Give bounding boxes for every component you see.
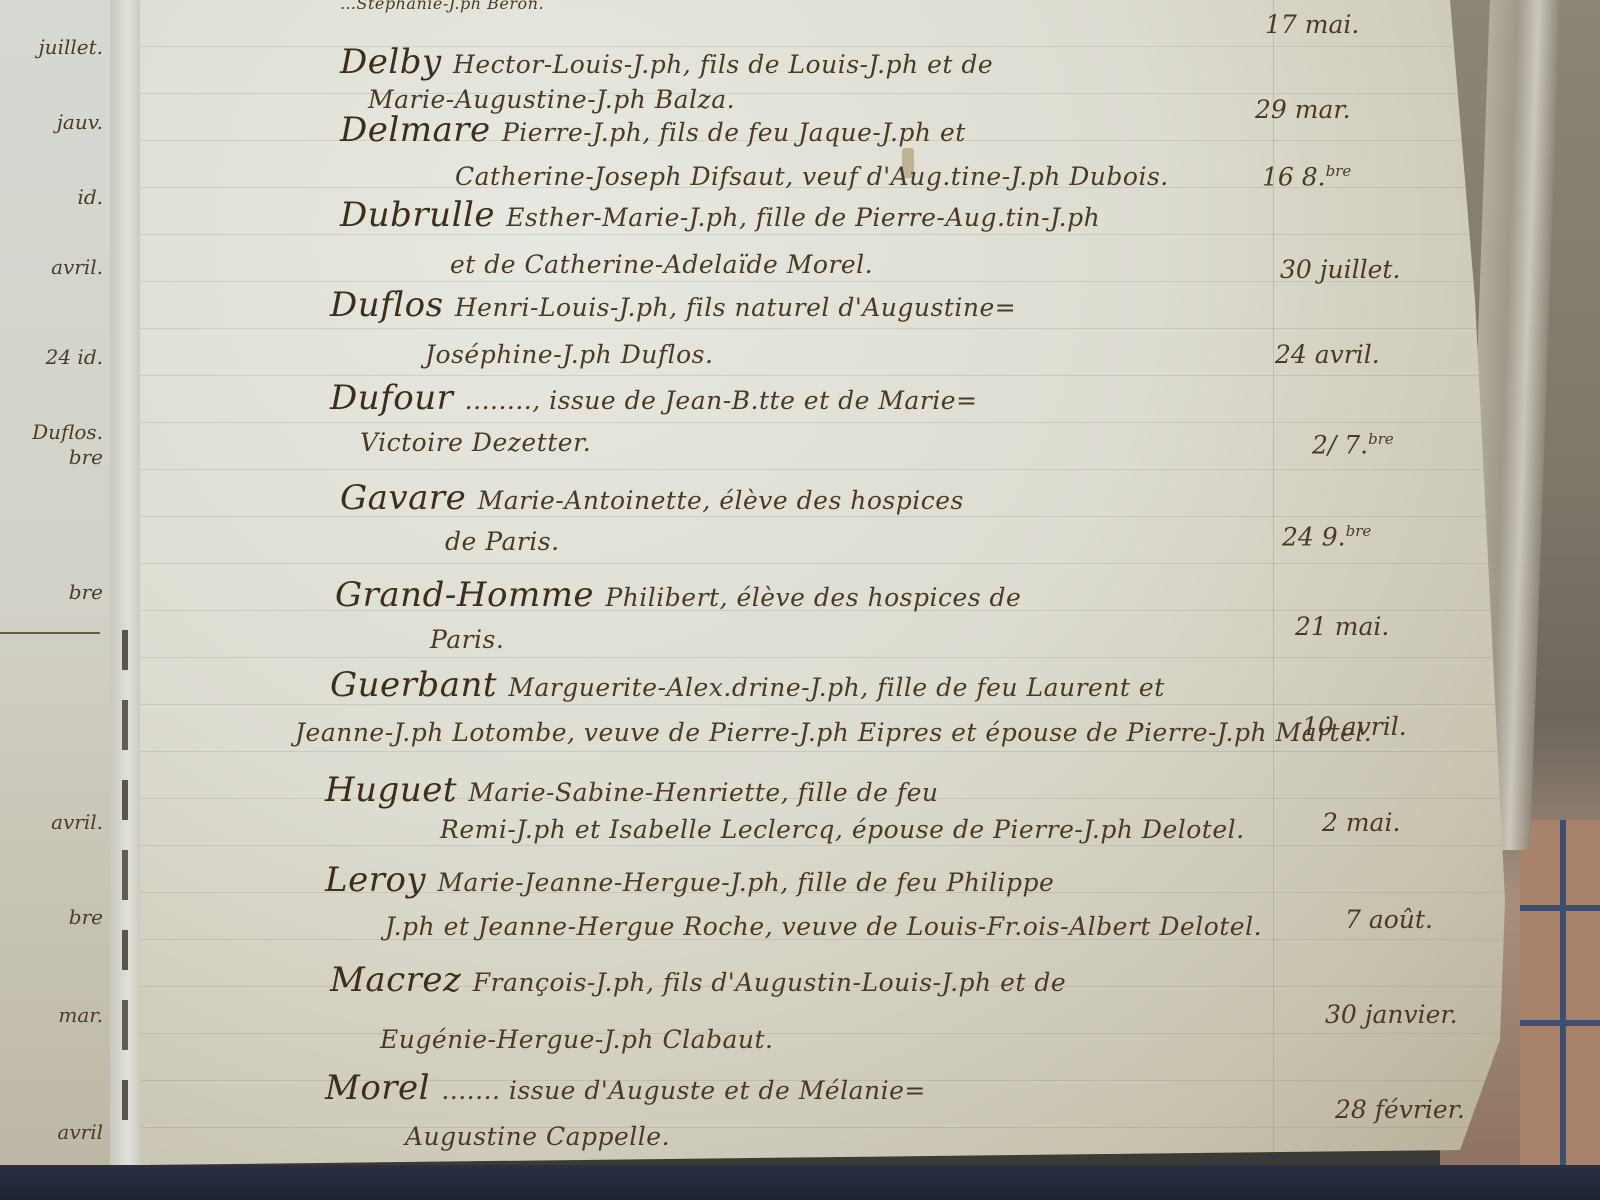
entry-date: 16 8.bre bbox=[1262, 162, 1351, 191]
entry-parent-line: Jeanne-J.ph Lotombe, veuve de Pierre-J.p… bbox=[295, 718, 1372, 747]
entry-parent-line: Joséphine-J.ph Duflos. bbox=[425, 340, 713, 369]
entry-date: 24 avril. bbox=[1275, 340, 1380, 369]
entry-date: 2 mai. bbox=[1322, 808, 1400, 837]
floor-tiles bbox=[1520, 820, 1600, 1200]
entry-name-line: Guerbant Marguerite-Alex.drine-J.ph, fil… bbox=[330, 665, 1165, 705]
entry-name-line: Macrez François-J.ph, fils d'Augustin-Lo… bbox=[330, 960, 1066, 1000]
entry-date: 2/ 7.bre bbox=[1312, 430, 1394, 459]
entry-name-line: Duflos Henri-Louis-J.ph, fils naturel d'… bbox=[330, 285, 1016, 325]
entry-parent-line: Augustine Cappelle. bbox=[405, 1122, 670, 1151]
entry-given-names: ....... issue d'Auguste et de Mélanie= bbox=[441, 1076, 926, 1105]
entry-name-line: Grand-Homme Philibert, élève des hospice… bbox=[335, 575, 1021, 615]
entry-name-line: …Stephanie-J.ph Beron. bbox=[340, 0, 544, 13]
entry-given-names: Henri-Louis-J.ph, fils naturel d'Augusti… bbox=[455, 293, 1016, 322]
left-margin-date: id. bbox=[0, 185, 115, 209]
left-margin-date: juillet. bbox=[0, 35, 115, 59]
entry-date: 10 avril. bbox=[1302, 712, 1407, 741]
left-margin-date: avril. bbox=[0, 255, 115, 279]
entry-date: 30 juillet. bbox=[1280, 255, 1400, 284]
left-page: juillet. jauv. id. avril. 24 id. Duflos.… bbox=[0, 0, 127, 1170]
left-margin-date: jauv. bbox=[0, 110, 115, 134]
entry-parent-line: Eugénie-Hergue-J.ph Clabaut. bbox=[380, 1025, 774, 1054]
left-margin-date: 24 id. bbox=[0, 345, 115, 369]
entry-parent-line: J.ph et Jeanne-Hergue Roche, veuve de Lo… bbox=[385, 912, 1262, 941]
entry-parent-line: Paris. bbox=[430, 625, 504, 654]
entry-date: 21 mai. bbox=[1295, 612, 1389, 641]
entry-surname: Delmare bbox=[340, 110, 502, 150]
entry-name-line: Delby Hector-Louis-J.ph, fils de Louis-J… bbox=[340, 42, 993, 82]
entry-surname: Delby bbox=[340, 42, 453, 82]
entry-name-line: Gavare Marie-Antoinette, élève des hospi… bbox=[340, 478, 964, 518]
entry-given-names: Marie-Antoinette, élève des hospices bbox=[478, 486, 964, 515]
entry-given-names: Marguerite-Alex.drine-J.ph, fille de feu… bbox=[508, 673, 1164, 702]
left-margin-date: avril bbox=[0, 1120, 115, 1144]
entry-date: 28 février. bbox=[1335, 1095, 1465, 1124]
entry-name-line: Morel ....... issue d'Auguste et de Méla… bbox=[325, 1068, 926, 1108]
left-margin-date: Duflos. bbox=[0, 420, 115, 444]
entry-given-names: Philibert, élève des hospices de bbox=[605, 583, 1021, 612]
date-month-suffix: bre bbox=[1368, 430, 1394, 448]
entry-surname: Morel bbox=[325, 1068, 441, 1108]
left-margin-date: bre bbox=[0, 580, 115, 604]
entry-date: 7 août. bbox=[1345, 905, 1433, 934]
entry-parent-line: Remi-J.ph et Isabelle Leclercq, épouse d… bbox=[440, 815, 1245, 844]
entry-given-names: Marie-Jeanne-Hergue-J.ph, fille de feu P… bbox=[437, 868, 1054, 897]
entry-date: 17 mai. bbox=[1265, 10, 1359, 39]
entry-given-names: ........, issue de Jean-B.tte et de Mari… bbox=[465, 386, 978, 415]
entry-given-names: Hector-Louis-J.ph, fils de Louis-J.ph et… bbox=[453, 50, 993, 79]
entry-name-line: Delmare Pierre-J.ph, fils de feu Jaque-J… bbox=[340, 110, 966, 150]
date-month-suffix: bre bbox=[1346, 522, 1372, 540]
entry-surname: Dufour bbox=[330, 378, 465, 418]
entry-parent-line: de Paris. bbox=[445, 527, 560, 556]
entry-surname: Leroy bbox=[325, 860, 437, 900]
left-margin-date: avril. bbox=[0, 810, 115, 834]
entry-surname: Grand-Homme bbox=[335, 575, 605, 615]
entry-given-names: François-J.ph, fils d'Augustin-Louis-J.p… bbox=[473, 968, 1066, 997]
entry-given-names: Pierre-J.ph, fils de feu Jaque-J.ph et bbox=[502, 118, 966, 147]
entry-date: 29 mar. bbox=[1255, 95, 1351, 124]
entry-given-names: Esther-Marie-J.ph, fille de Pierre-Aug.t… bbox=[506, 203, 1100, 232]
entry-name-line: Dufour ........, issue de Jean-B.tte et … bbox=[330, 378, 978, 418]
date-month-suffix: bre bbox=[1326, 162, 1352, 180]
entry-name-line: Dubrulle Esther-Marie-J.ph, fille de Pie… bbox=[340, 195, 1100, 235]
entry-surname: Gavare bbox=[340, 478, 478, 518]
entry-surname: Huguet bbox=[325, 770, 468, 810]
entry-date: 30 janvier. bbox=[1325, 1000, 1458, 1029]
left-margin-date: mar. bbox=[0, 1003, 115, 1027]
entry-name-line: Leroy Marie-Jeanne-Hergue-J.ph, fille de… bbox=[325, 860, 1054, 900]
gutter-tear bbox=[122, 630, 128, 1150]
entry-given-names: Marie-Sabine-Henriette, fille de feu bbox=[468, 778, 938, 807]
entry-date: 24 9.bre bbox=[1282, 522, 1371, 551]
left-page-rule bbox=[0, 632, 100, 634]
entry-parent-line: et de Catherine-Adelaïde Morel. bbox=[450, 250, 873, 279]
entry-name-line: Huguet Marie-Sabine-Henriette, fille de … bbox=[325, 770, 938, 810]
bottom-shadow bbox=[0, 1165, 1600, 1200]
entry-surname: Guerbant bbox=[330, 665, 508, 705]
entry-surname: Macrez bbox=[330, 960, 473, 1000]
entry-surname: Duflos bbox=[330, 285, 455, 325]
entry-parent-line: Catherine-Joseph Difsaut, veuf d'Aug.tin… bbox=[455, 162, 1169, 191]
left-margin-date: bre bbox=[0, 905, 115, 929]
left-margin-date: bre bbox=[0, 445, 115, 469]
entry-surname: Dubrulle bbox=[340, 195, 506, 235]
entry-parent-line: Victoire Dezetter. bbox=[360, 428, 591, 457]
